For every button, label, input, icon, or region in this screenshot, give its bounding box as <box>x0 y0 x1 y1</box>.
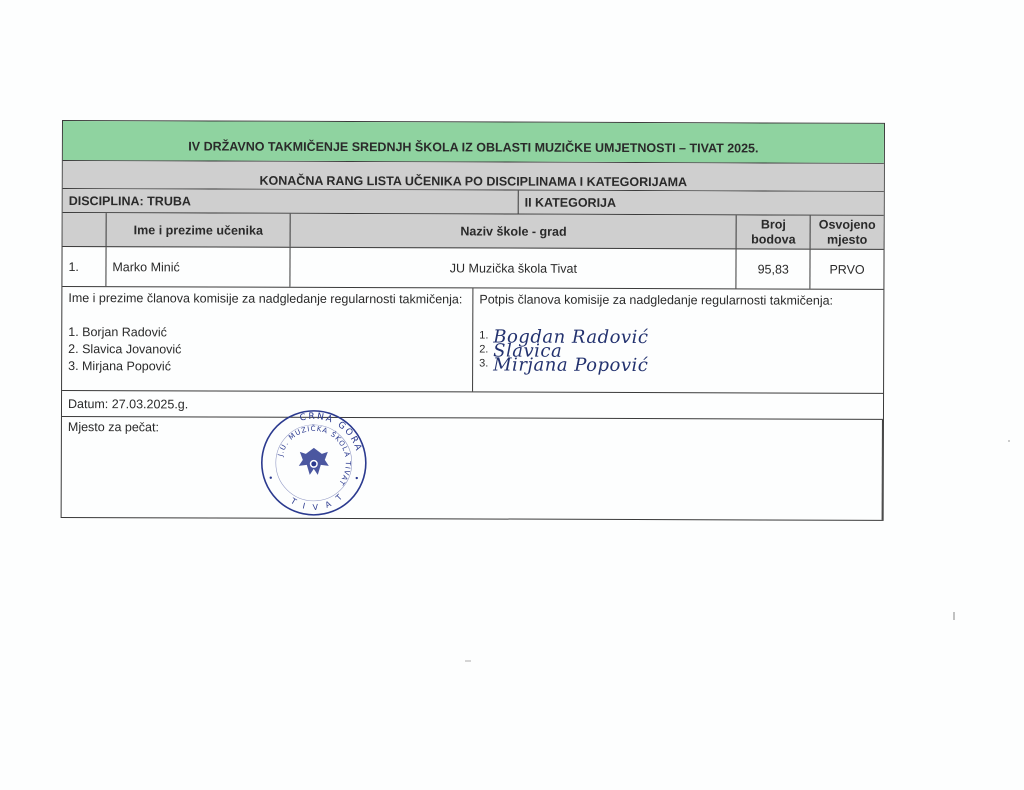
table-row: 1. Marko Minić JU Muzička škola Tivat 95… <box>62 247 883 290</box>
col-points-line2: bodova <box>751 232 796 247</box>
col-place-line2: mjesto <box>827 232 867 247</box>
date-row: Datum: 27.03.2025.g. <box>62 391 883 420</box>
title-row: IV DRŽAVNO TAKMIČENJE SREDNJH ŠKOLA IZ O… <box>63 121 884 164</box>
ranking-document: IV DRŽAVNO TAKMIČENJE SREDNJH ŠKOLA IZ O… <box>61 120 885 521</box>
row-place: PRVO <box>811 250 884 289</box>
scan-artifact <box>1008 440 1010 442</box>
committee-member: 3. Mirjana Popović <box>68 358 171 375</box>
col-place: Osvojeno mjesto <box>811 216 884 249</box>
col-rank <box>63 213 107 246</box>
committee-names-label: Ime i prezime članova komisije za nadgle… <box>68 290 462 308</box>
table-header: Ime i prezime učenika Naziv škole - grad… <box>63 213 884 250</box>
col-points-line1: Broj <box>761 217 786 232</box>
discipline-label: DISCIPLINA: TRUBA <box>63 189 519 214</box>
document-subtitle: KONAČNA RANG LISTA UČENIKA PO DISCIPLINA… <box>63 161 884 191</box>
scan-artifact <box>953 612 955 620</box>
seal-row: Mjesto za pečat: CRNA GORA J.U. MUZIČKA … <box>62 417 883 520</box>
handwritten-signature: Mirjana Popović <box>493 359 648 374</box>
signatures-label: Potpis članova komisije za nadgledanje r… <box>479 291 833 309</box>
row-student-name: Marko Minić <box>106 247 291 287</box>
col-points: Broj bodova <box>737 215 811 248</box>
col-place-line1: Osvojeno <box>819 217 876 232</box>
committee-member: 1. Borjan Radović <box>68 324 167 341</box>
row-school: JU Muzička škola Tivat <box>291 248 737 289</box>
row-points: 95,83 <box>737 249 811 288</box>
committee-member: 2. Slavica Jovanović <box>68 341 181 358</box>
discipline-row: DISCIPLINA: TRUBA II KATEGORIJA <box>63 189 884 216</box>
scan-artifact <box>465 660 471 662</box>
committee-names-cell: Ime i prezime članova komisije za nadgle… <box>62 287 473 391</box>
official-stamp-icon: CRNA GORA J.U. MUZIČKA ŠKOLA TIVAT T I V… <box>259 408 369 518</box>
committee-signatures-cell: Potpis članova komisije za nadgledanje r… <box>473 288 883 392</box>
category-label: II KATEGORIJA <box>519 191 884 215</box>
col-student-name: Ime i prezime učenika <box>106 213 291 247</box>
committee-row: Ime i prezime članova komisije za nadgle… <box>62 287 883 394</box>
date-text: Datum: 27.03.2025.g. <box>62 391 883 419</box>
row-rank: 1. <box>62 247 106 286</box>
signature-list: 1. Bogdan Radović 2. Slavica 3. Mirjana … <box>479 330 648 373</box>
col-school: Naziv škole - grad <box>291 214 737 249</box>
subtitle-row: KONAČNA RANG LISTA UČENIKA PO DISCIPLINA… <box>63 161 884 192</box>
seal-label: Mjesto za pečat: <box>62 417 883 520</box>
signature-line: 3. Mirjana Popović <box>479 358 648 373</box>
document-title: IV DRŽAVNO TAKMIČENJE SREDNJH ŠKOLA IZ O… <box>63 121 884 163</box>
